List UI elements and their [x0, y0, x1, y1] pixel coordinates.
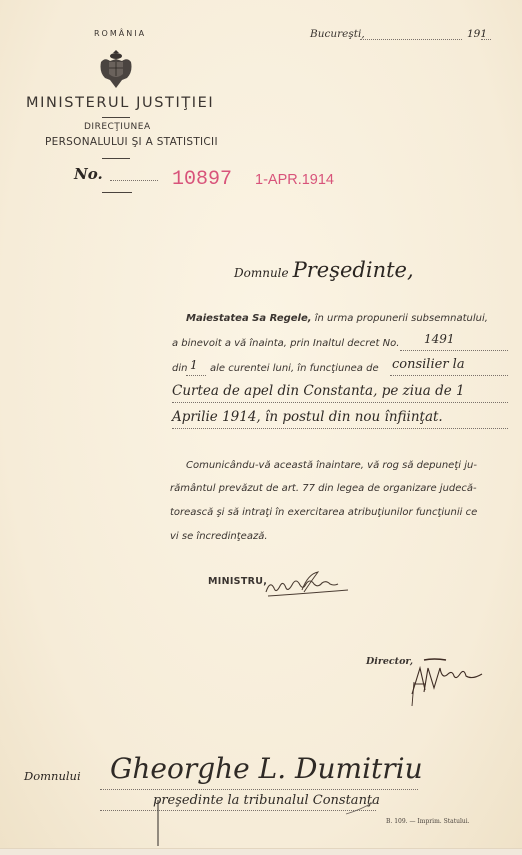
division-line-2: PERSONALULUI ŞI A STATISTICII — [45, 136, 218, 148]
paragraph2-line3: torească şi să intraţi în exercitarea at… — [170, 507, 477, 518]
dotted-line — [172, 402, 508, 403]
dotted-line — [172, 428, 508, 429]
position-handwritten-1: consilier la — [392, 357, 465, 372]
minister-signature — [262, 568, 354, 600]
paragraph1-line3: ale curentei luni, în funcţiunea de — [210, 363, 379, 374]
paragraph2-line1: Comunicându-vă această înaintare, vă rog… — [186, 460, 477, 471]
position-handwritten-3: Aprilie 1914, în postul din nou înfiinţa… — [172, 409, 443, 425]
country-heading: ROMÂNIA — [94, 29, 146, 38]
ministry-name: MINISTERUL JUSTIŢIEI — [26, 95, 214, 111]
king-reference: Maiestatea Sa Regele, — [186, 313, 312, 324]
salutation-title: Preşedinte, — [293, 258, 414, 282]
stamp-registration-number: 10897 — [172, 168, 232, 191]
ornament-divider — [102, 117, 130, 118]
addressee-name: Gheorghe L. Dumitriu — [110, 752, 423, 785]
position-dotted-line — [390, 375, 508, 376]
paragraph2-line2: rământul prevăzut de art. 77 din legea d… — [170, 483, 477, 494]
ornament-divider — [102, 158, 130, 159]
director-signature — [404, 652, 488, 708]
paragraph2-line4: vi se încredinţează. — [170, 531, 268, 542]
paragraph1-line3-prefix: din — [172, 363, 187, 374]
dateline-city: Bucureşti, — [310, 28, 365, 40]
paragraph1-line2: a binevoit a vă înainta, prin Inaltul de… — [172, 338, 399, 349]
decree-dotted-line — [400, 350, 508, 351]
salutation: DomnulePreşedinte, — [234, 258, 414, 282]
addressee-label: Domnului — [24, 769, 81, 783]
page-edge — [0, 848, 522, 855]
salutation-small: Domnule — [234, 266, 289, 280]
date-dotted-line — [360, 39, 462, 40]
division-line-1: DIRECŢIUNEA — [84, 122, 151, 132]
number-label: No. — [74, 165, 103, 183]
number-dotted-line — [110, 180, 158, 181]
day-dotted-line — [186, 375, 206, 376]
stamp-date: 1-APR.1914 — [255, 172, 334, 188]
addressee-dotted-line — [100, 789, 418, 790]
pen-strokes — [150, 800, 380, 848]
coat-of-arms-icon — [95, 48, 137, 90]
printer-mark: B. 109. — Imprim. Statului. — [386, 818, 470, 825]
position-handwritten-2: Curtea de apel din Constanta, pe ziua de… — [172, 383, 465, 399]
paragraph1-line1: Maiestatea Sa Regele, în urma propunerii… — [186, 313, 488, 324]
decree-day: 1 — [190, 358, 198, 372]
line1-rest: în urma propunerii subsemnatului, — [312, 313, 488, 324]
year-dotted-line — [481, 39, 491, 40]
minister-label: MINISTRU, — [208, 576, 267, 587]
ornament-divider — [102, 192, 132, 193]
decree-number: 1491 — [424, 332, 455, 346]
